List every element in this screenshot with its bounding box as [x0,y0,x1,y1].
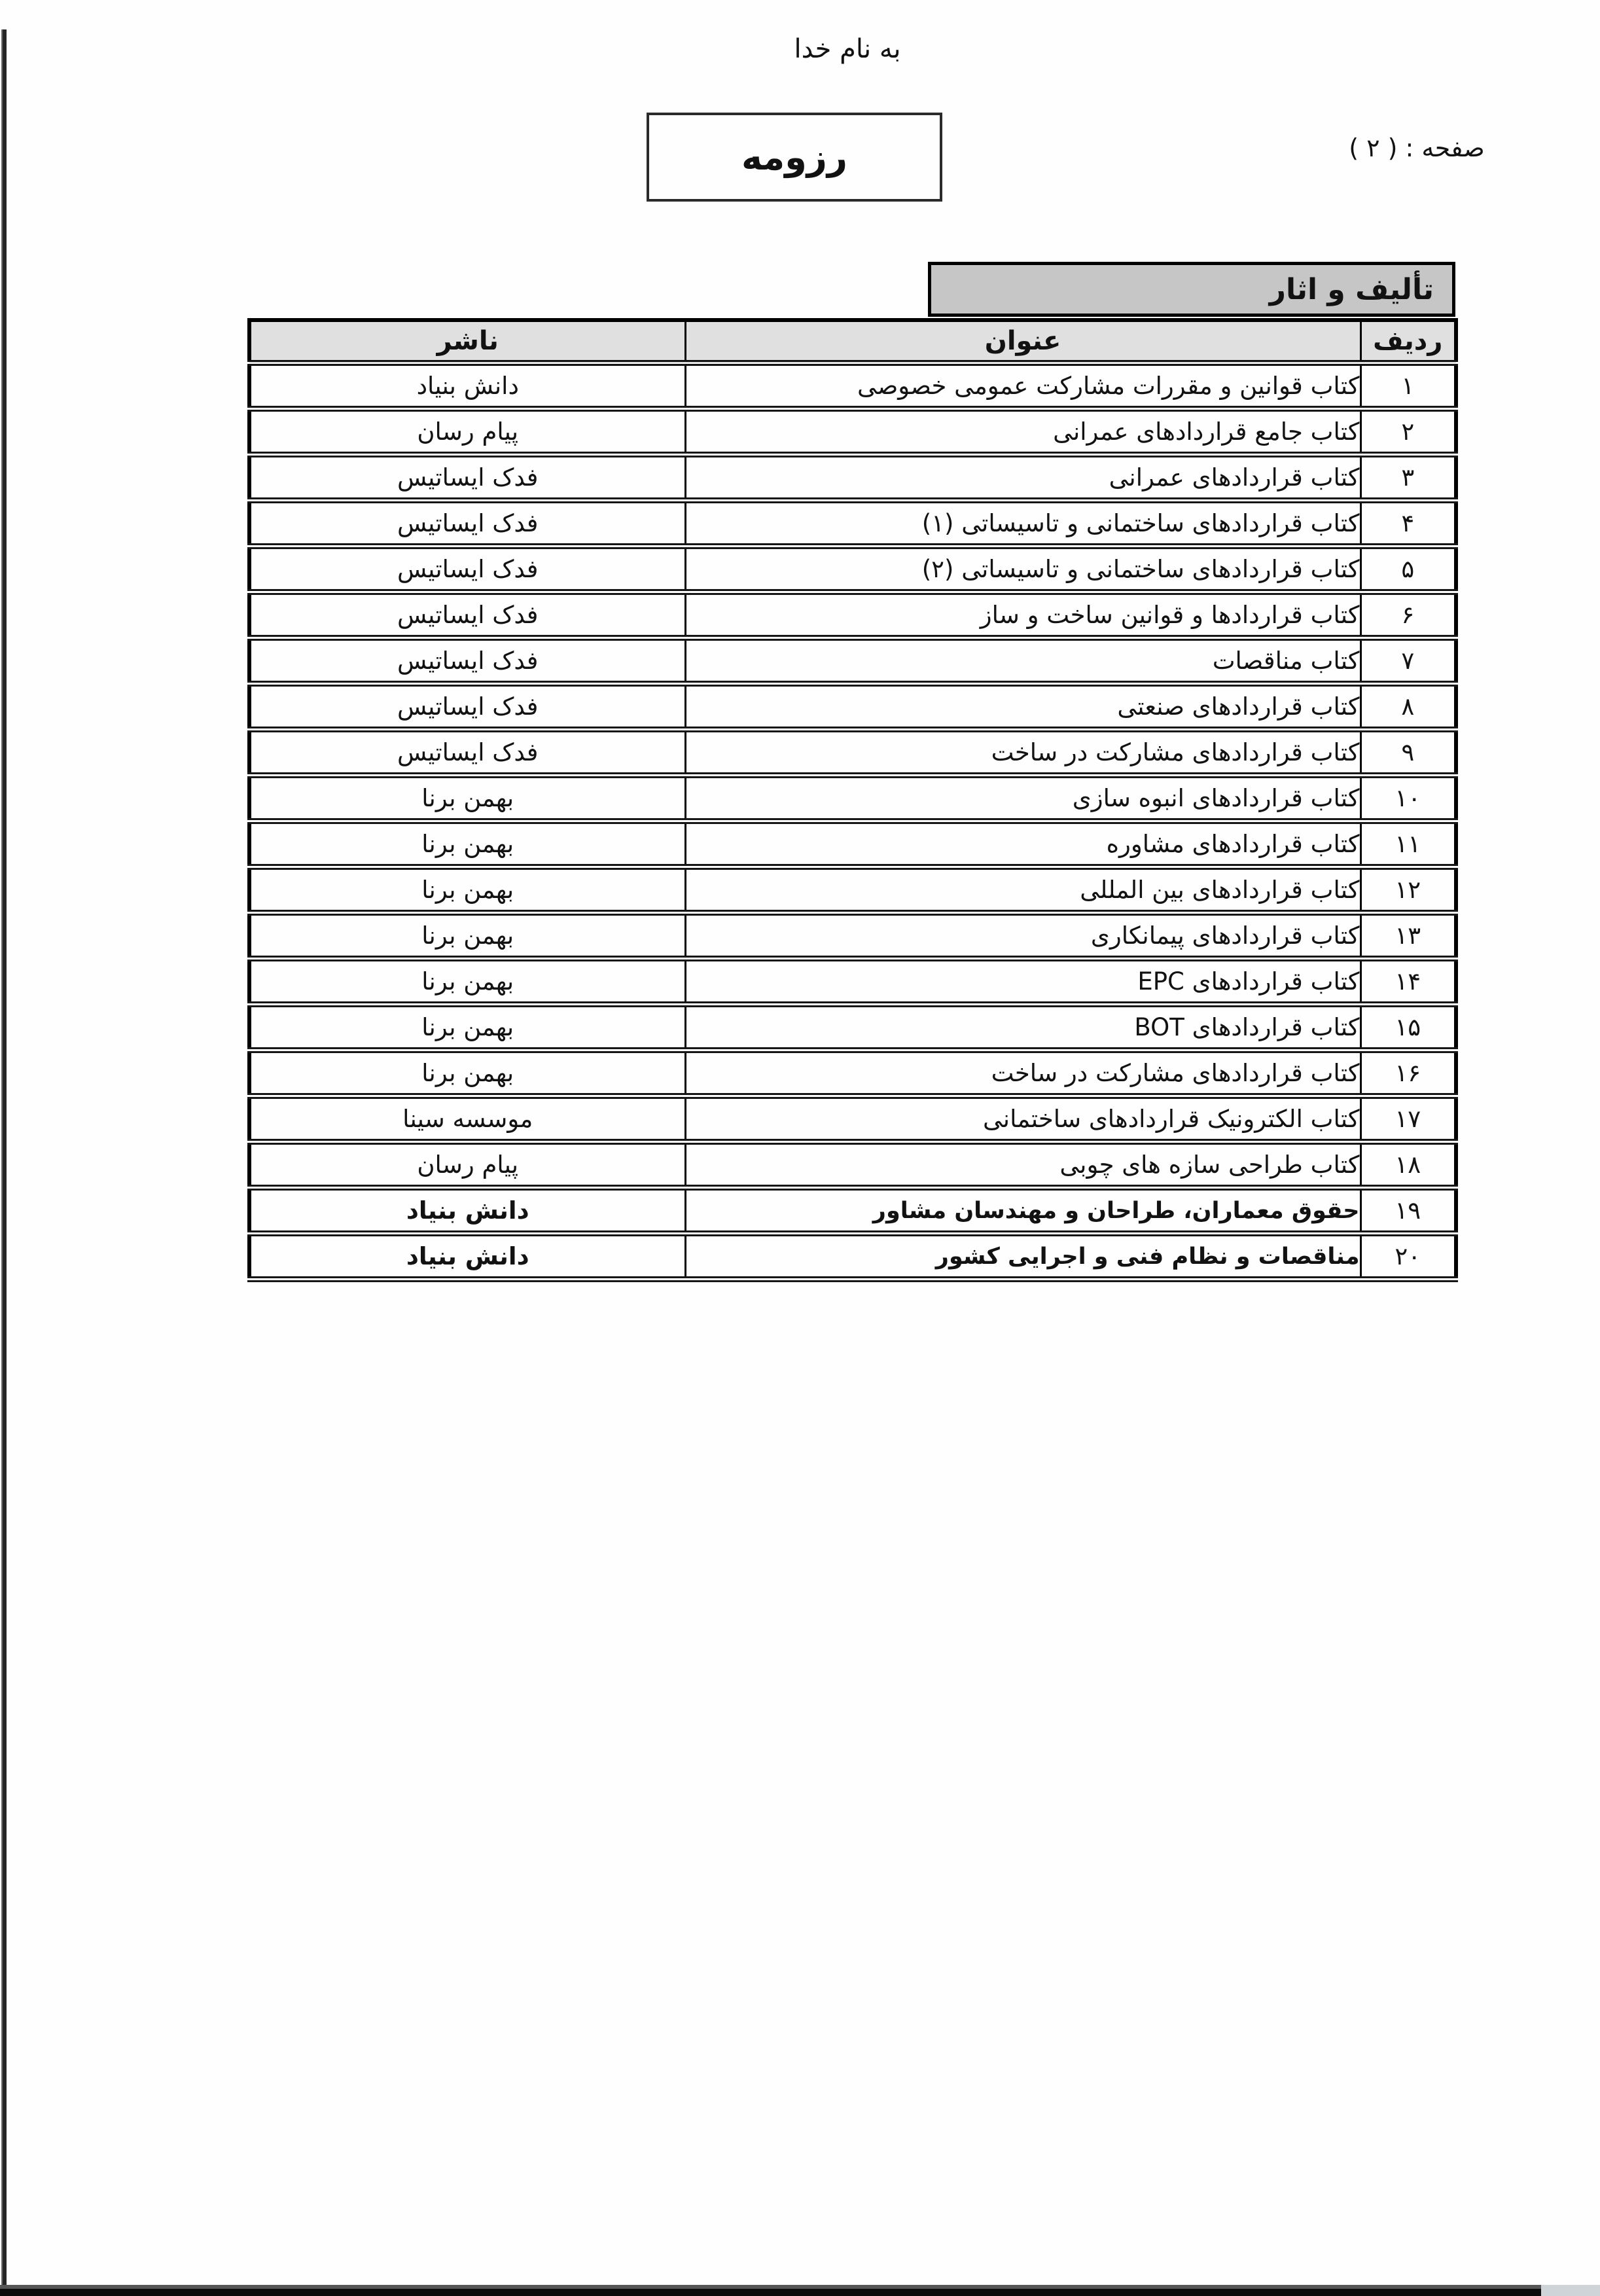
publisher-cell: فدک ایساتیس [249,501,685,547]
publisher-cell: پیام رسان [249,409,685,455]
works-table: ردیف عنوان ناشر ۱کتاب قوانین و مقررات مش… [247,318,1458,1282]
table-row: ۶کتاب قراردادها و قوانین ساخت و سازفدک ا… [249,592,1456,638]
row-number-cell: ۷ [1360,638,1456,684]
publisher-cell: فدک ایساتیس [249,547,685,592]
title-cell: کتاب جامع قراردادهای عمرانی [685,409,1360,455]
table-header-row: ردیف عنوان ناشر [249,320,1456,363]
title-cell: کتاب الکترونیک قراردادهای ساختمانی [685,1096,1360,1142]
publisher-cell: بهمن برنا [249,821,685,867]
publisher-cell: بهمن برنا [249,1005,685,1050]
row-number-cell: ۱۰ [1360,776,1456,821]
table-row: ۱۷کتاب الکترونیک قراردادهای ساختمانیموسس… [249,1096,1456,1142]
row-number-cell: ۹ [1360,730,1456,776]
row-number-cell: ۱۲ [1360,867,1456,913]
table-row: ۱۴کتاب قراردادهای EPCبهمن برنا [249,959,1456,1005]
page-number-label: صفحه : ( ۲ ) [1328,134,1505,162]
table-row: ۲کتاب جامع قراردادهای عمرانیپیام رسان [249,409,1456,455]
publisher-cell: فدک ایساتیس [249,730,685,776]
title-cell: کتاب قراردادهای بین المللی [685,867,1360,913]
table-row: ۱۶کتاب قراردادهای مشارکت در ساختبهمن برن… [249,1050,1456,1096]
title-cell: کتاب قراردادهای ساختمانی و تاسیساتی (۱) [685,501,1360,547]
row-number-cell: ۲۰ [1360,1234,1456,1280]
title-cell: کتاب قراردادهای پیمانکاری [685,913,1360,959]
row-number-cell: ۴ [1360,501,1456,547]
title-cell: کتاب قراردادهای BOT [685,1005,1360,1050]
publisher-cell: فدک ایساتیس [249,592,685,638]
publisher-cell: بهمن برنا [249,776,685,821]
table-row: ۱۳کتاب قراردادهای پیمانکاریبهمن برنا [249,913,1456,959]
row-number-cell: ۱۵ [1360,1005,1456,1050]
table-row: ۳کتاب قراردادهای عمرانیفدک ایساتیس [249,455,1456,501]
title-cell: کتاب قراردادهای عمرانی [685,455,1360,501]
scan-artifact-bottom-right-corner [1541,2285,1600,2296]
table-row: ۵کتاب قراردادهای ساختمانی و تاسیساتی (۲)… [249,547,1456,592]
title-cell: کتاب مناقصات [685,638,1360,684]
table-row: ۲۰مناقصات و نظام فنی و اجرایی کشوردانش ب… [249,1234,1456,1280]
publisher-cell: بهمن برنا [249,959,685,1005]
title-cell: کتاب قراردادهای مشارکت در ساخت [685,730,1360,776]
table-row: ۱۰کتاب قراردادهای انبوه سازیبهمن برنا [249,776,1456,821]
publisher-cell: فدک ایساتیس [249,684,685,730]
row-number-cell: ۱۶ [1360,1050,1456,1096]
title-cell: کتاب قراردادهای صنعتی [685,684,1360,730]
scanned-resume-page: به نام خدا صفحه : ( ۲ ) رزومه تألیف و اث… [0,0,1600,2296]
table-row: ۷کتاب مناقصاتفدک ایساتیس [249,638,1456,684]
title-cell: کتاب قوانین و مقررات مشارکت عمومی خصوصی [685,363,1360,409]
row-number-cell: ۱۷ [1360,1096,1456,1142]
column-header-row-number: ردیف [1360,320,1456,363]
row-number-cell: ۱۸ [1360,1142,1456,1188]
title-cell: کتاب قراردادهای مشاوره [685,821,1360,867]
publisher-cell: فدک ایساتیس [249,455,685,501]
resume-title-text: رزومه [741,137,847,178]
publisher-cell: بهمن برنا [249,1050,685,1096]
scan-artifact-left-edge [1,29,7,2287]
publisher-cell: دانش بنیاد [249,1234,685,1280]
resume-title-box: رزومه [647,113,942,202]
table-row: ۱کتاب قوانین و مقررات مشارکت عمومی خصوصی… [249,363,1456,409]
publisher-cell: بهمن برنا [249,867,685,913]
section-title-bar: تألیف و اثار [928,262,1455,317]
title-cell: کتاب قراردادهای انبوه سازی [685,776,1360,821]
row-number-cell: ۲ [1360,409,1456,455]
publisher-cell: موسسه سینا [249,1096,685,1142]
table-row: ۱۵کتاب قراردادهای BOTبهمن برنا [249,1005,1456,1050]
table-row: ۴کتاب قراردادهای ساختمانی و تاسیساتی (۱)… [249,501,1456,547]
row-number-cell: ۶ [1360,592,1456,638]
table-row: ۸کتاب قراردادهای صنعتیفدک ایساتیس [249,684,1456,730]
table-row: ۱۸کتاب طراحی سازه های چوبیپیام رسان [249,1142,1456,1188]
publisher-cell: دانش بنیاد [249,1188,685,1234]
bismillah-text: به نام خدا [739,34,955,64]
table-row: ۱۱کتاب قراردادهای مشاورهبهمن برنا [249,821,1456,867]
publisher-cell: دانش بنیاد [249,363,685,409]
column-header-title: عنوان [685,320,1360,363]
row-number-cell: ۱ [1360,363,1456,409]
title-cell: کتاب قراردادها و قوانین ساخت و ساز [685,592,1360,638]
row-number-cell: ۳ [1360,455,1456,501]
table-row: ۹کتاب قراردادهای مشارکت در ساختفدک ایسات… [249,730,1456,776]
publisher-cell: بهمن برنا [249,913,685,959]
title-cell: کتاب قراردادهای EPC [685,959,1360,1005]
title-cell: حقوق معماران، طراحان و مهندسان مشاور [685,1188,1360,1234]
row-number-cell: ۱۹ [1360,1188,1456,1234]
row-number-cell: ۱۴ [1360,959,1456,1005]
table-row: ۱۹حقوق معماران، طراحان و مهندسان مشاوردا… [249,1188,1456,1234]
scan-artifact-bottom-black [0,2289,1541,2296]
title-cell: مناقصات و نظام فنی و اجرایی کشور [685,1234,1360,1280]
row-number-cell: ۸ [1360,684,1456,730]
title-cell: کتاب قراردادهای ساختمانی و تاسیساتی (۲) [685,547,1360,592]
row-number-cell: ۱۳ [1360,913,1456,959]
row-number-cell: ۵ [1360,547,1456,592]
publisher-cell: پیام رسان [249,1142,685,1188]
title-cell: کتاب قراردادهای مشارکت در ساخت [685,1050,1360,1096]
column-header-publisher: ناشر [249,320,685,363]
title-cell: کتاب طراحی سازه های چوبی [685,1142,1360,1188]
row-number-cell: ۱۱ [1360,821,1456,867]
publisher-cell: فدک ایساتیس [249,638,685,684]
table-row: ۱۲کتاب قراردادهای بین المللیبهمن برنا [249,867,1456,913]
